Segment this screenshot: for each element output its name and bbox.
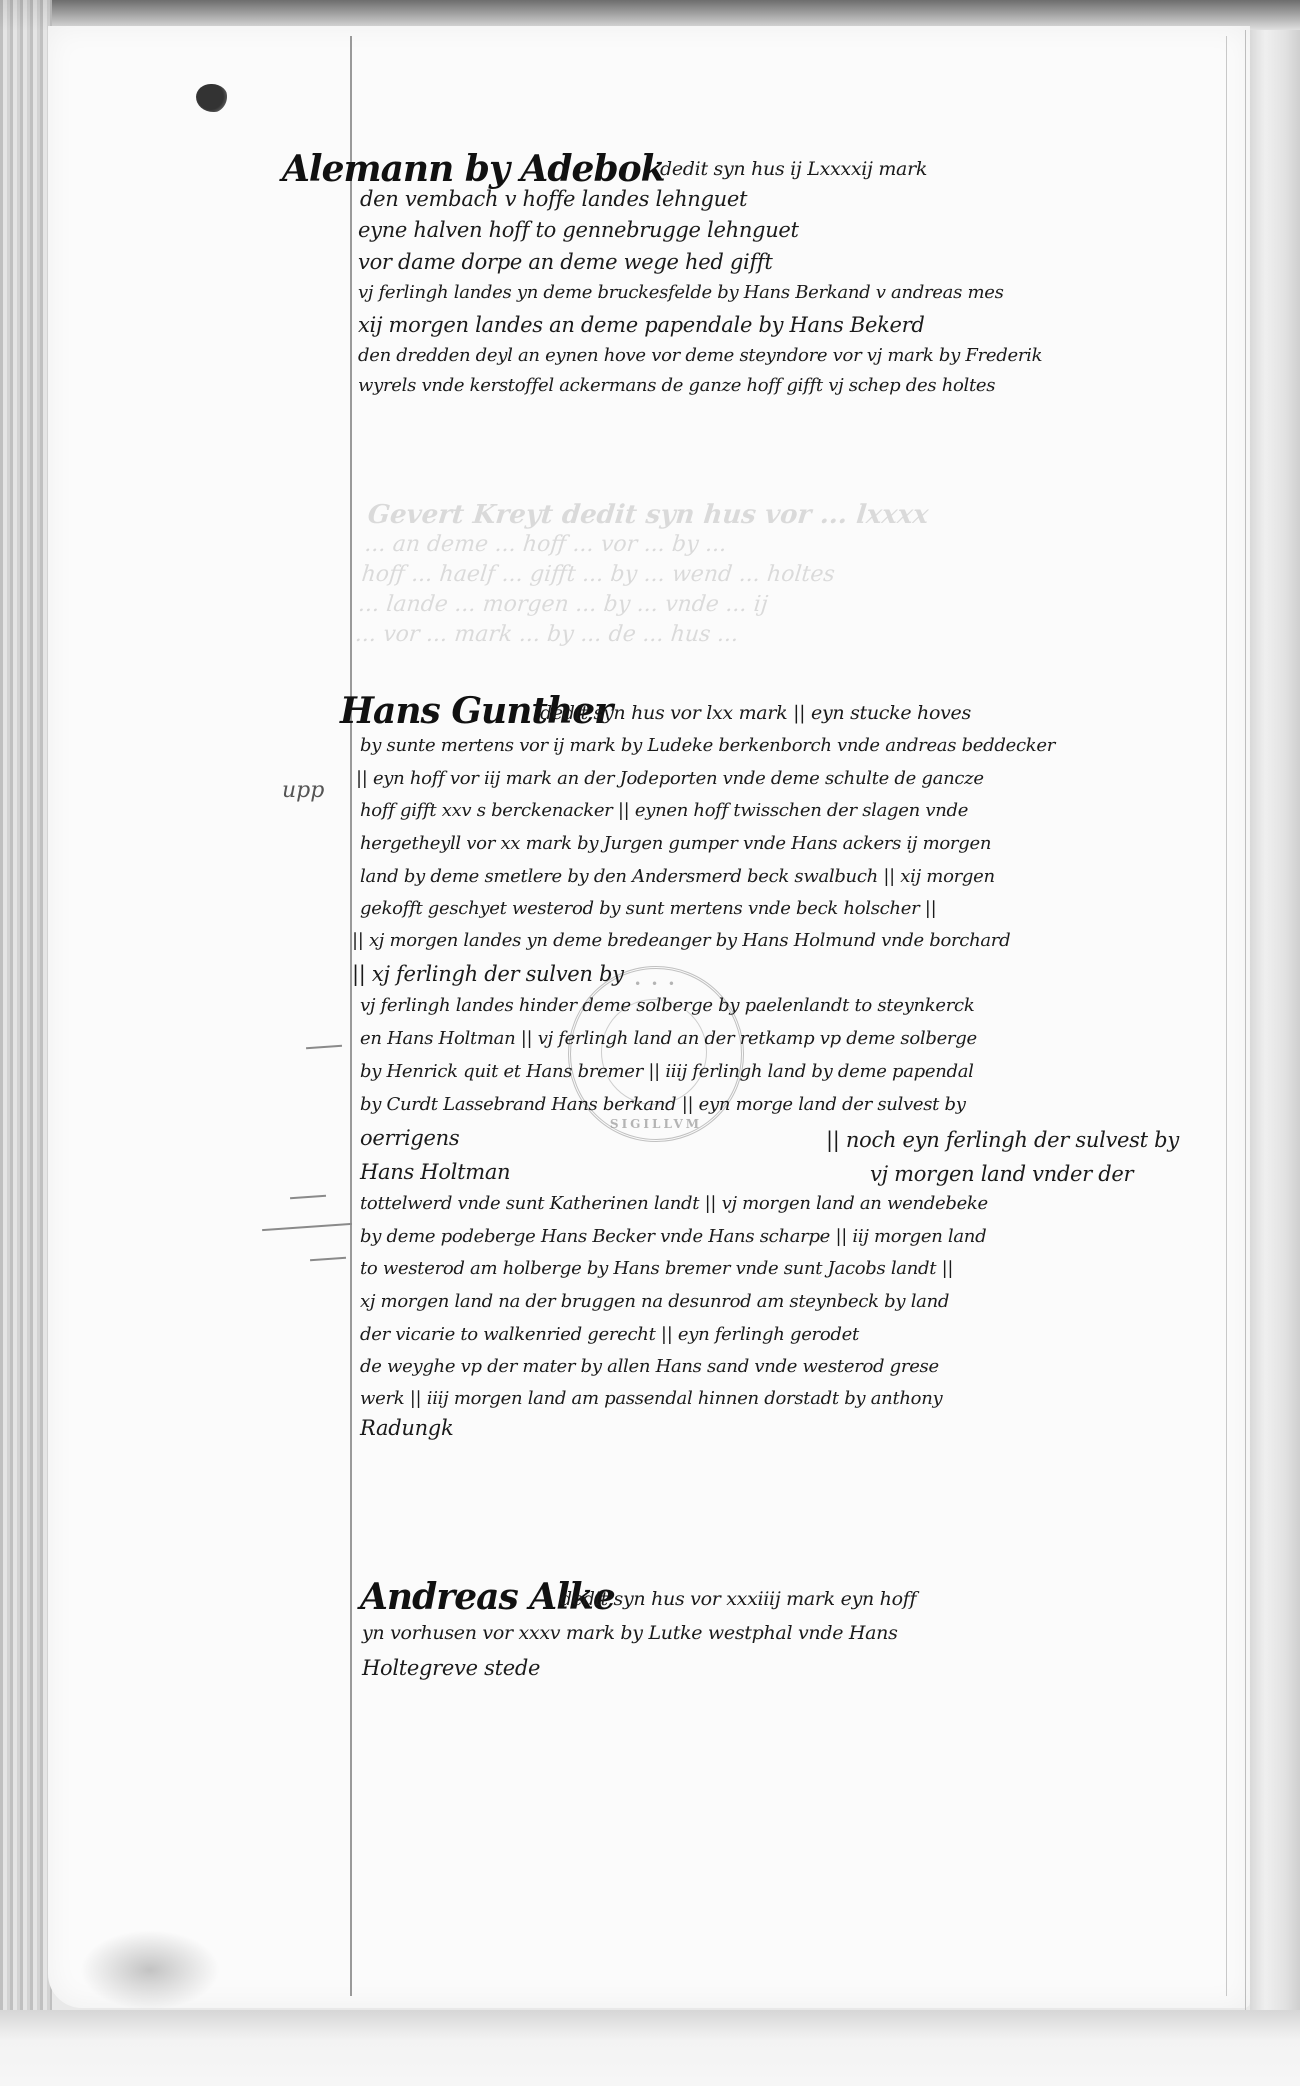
bleed-line: ... an deme ... hoff ... vor ... by ... — [363, 530, 1236, 560]
bleed-through-text: Gevert Kreyt dedit syn hus vor ... lxxxx… — [351, 500, 1240, 680]
entry-line: den dredden deyl an eynen hove vor deme … — [358, 345, 1042, 366]
entry-line: Radungk — [360, 1416, 453, 1440]
entry-line: oerrigens — [360, 1126, 459, 1150]
margin-note: upp — [282, 778, 324, 803]
entry-line: hoff gifft xxv s berckenacker || eynen h… — [360, 800, 968, 821]
entry-line: gekofft geschyet westerod by sunt merten… — [360, 898, 936, 919]
entry-line: Hans Holtman — [360, 1160, 510, 1184]
entry-line: to westerod am holberge by Hans bremer v… — [360, 1258, 953, 1279]
left-margin-rule — [350, 36, 352, 1996]
entry-line: dedit syn hus vor xxxiiij mark eyn hoff — [560, 1588, 916, 1610]
entry-line: || noch eyn ferlingh der sulvest by — [826, 1128, 1179, 1152]
entry-line: xij morgen landes an deme papendale by H… — [358, 313, 925, 337]
entry-line: land by deme smetlere by den Andersmerd … — [360, 866, 995, 887]
scanner-background — [0, 2010, 1300, 2086]
entry-line: dedit syn hus vor lxx mark || eyn stucke… — [540, 702, 971, 724]
entry-line: vj ferlingh landes yn deme bruckesfelde … — [358, 282, 1004, 303]
entry-line: wyrels vnde kerstoffel ackermans de ganz… — [358, 375, 995, 396]
page-smudge — [80, 1930, 220, 2010]
right-margin-rule — [1226, 36, 1227, 1996]
bleed-line: ... lande ... morgen ... by ... vnde ...… — [357, 590, 1230, 620]
entry-line: den vembach v hoffe landes lehnguet — [360, 187, 747, 211]
entry-line: vj morgen land vnder der — [870, 1162, 1133, 1186]
entry-line: werk || iiij morgen land am passendal hi… — [360, 1388, 942, 1409]
bleed-line: hoff ... haelf ... gifft ... by ... wend… — [360, 560, 1233, 590]
entry-line: eyne halven hoff to gennebrugge lehnguet — [358, 218, 799, 242]
page-edge-line — [1245, 30, 1246, 2010]
entry-line: || xj ferlingh der sulven by — [352, 962, 624, 986]
bleed-line: ... vor ... mark ... by ... de ... hus .… — [354, 620, 1227, 650]
library-stamp: • • • SIGILLVM — [568, 966, 744, 1142]
entry-line: de weyghe vp der mater by allen Hans san… — [360, 1356, 939, 1377]
page-fore-edge — [1250, 30, 1300, 2020]
entry-line: en Hans Holtman || vj ferlingh land an d… — [360, 1028, 977, 1049]
entry-line: || eyn hoff vor iij mark an der Jodeport… — [356, 768, 984, 789]
entry-line: der vicarie to walkenried gerecht || eyn… — [360, 1324, 859, 1345]
entry-line: by sunte mertens vor ij mark by Ludeke b… — [360, 735, 1055, 756]
entry-line: xj morgen land na der bruggen na desunro… — [360, 1291, 949, 1312]
ink-blot — [196, 84, 228, 112]
entry-line: Holtegreve stede — [362, 1656, 540, 1680]
entry-line: by deme podeberge Hans Becker vnde Hans … — [360, 1226, 986, 1247]
bleed-line: Gevert Kreyt dedit syn hus vor ... lxxxx — [366, 500, 1239, 530]
stamp-bottom-text: SIGILLVM — [571, 1117, 741, 1131]
entry-line: || xj morgen landes yn deme bredeanger b… — [352, 930, 1010, 951]
entry-line: by Henrick quit et Hans bremer || iiij f… — [360, 1061, 974, 1082]
book-binding-gutter — [0, 0, 52, 2010]
entry-line: by Curdt Lassebrand Hans berkand || eyn … — [360, 1094, 966, 1115]
entry-line: yn vorhusen vor xxxv mark by Lutke westp… — [362, 1622, 898, 1644]
entry-line: dedit syn hus ij Lxxxxij mark — [660, 158, 927, 180]
entry-line: tottelwerd vnde sunt Katherinen landt ||… — [360, 1193, 988, 1214]
entry-heading: Alemann by Adebok — [282, 148, 665, 190]
entry-line: vor dame dorpe an deme wege hed gifft — [358, 250, 773, 274]
entry-line: vj ferlingh landes hinder deme solberge … — [360, 995, 974, 1016]
entry-line: hergetheyll vor xx mark by Jurgen gumper… — [360, 833, 991, 854]
